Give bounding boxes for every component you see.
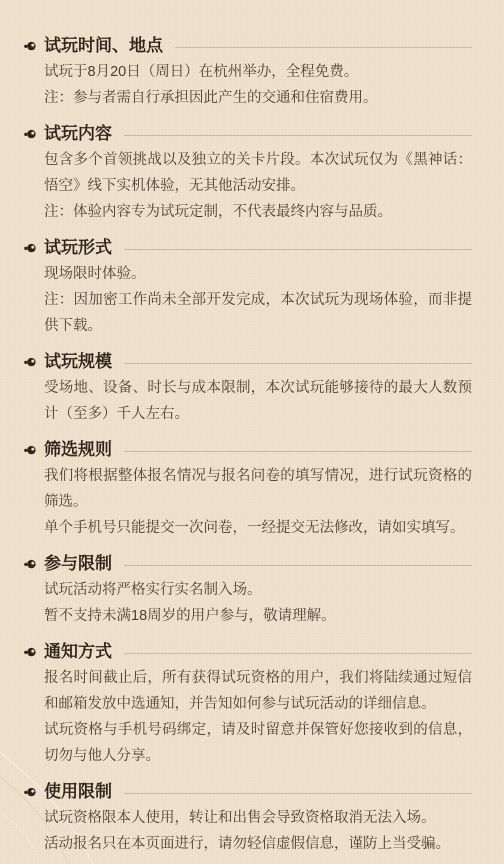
section-paragraph: 现场限时体验。 — [44, 261, 472, 287]
section-header: 筛选规则 — [24, 437, 472, 463]
section-paragraph: 试玩资格限本人使用，转让和出售会导致资格取消无法入场。 — [44, 805, 472, 831]
section-title: 试玩形式 — [44, 235, 112, 261]
section-header: 试玩规模 — [24, 349, 472, 375]
section-paragraph: 我们将根据整体报名情况与报名问卷的填写情况，进行试玩资格的筛选。 — [44, 463, 472, 515]
section-format: 试玩形式 现场限时体验。 注：因加密工作尚未全部开发完成，本次试玩为现场体验，而… — [24, 235, 472, 339]
section-paragraph: 试玩活动将严格实行实名制入场。 — [44, 577, 472, 603]
section-paragraph: 报名时间截止后，所有获得试玩资格的用户，我们将陆续通过短信和邮箱发放中选通知，并… — [44, 665, 472, 717]
section-scale: 试玩规模 受场地、设备、时长与成本限制，本次试玩能够接待的最大人数预计（至多）千… — [24, 349, 472, 427]
section-notification-method: 通知方式 报名时间截止后，所有获得试玩资格的用户，我们将陆续通过短信和邮箱发放中… — [24, 639, 472, 769]
section-note: 注：因加密工作尚未全部开发完成，本次试玩为现场体验，而非提供下载。 — [44, 287, 472, 339]
section-title: 试玩内容 — [44, 121, 112, 147]
section-divider-line — [124, 135, 472, 136]
section-paragraph: 受场地、设备、时长与成本限制，本次试玩能够接待的最大人数预计（至多）千人左右。 — [44, 375, 472, 427]
section-header: 试玩形式 — [24, 235, 472, 261]
section-divider-line — [124, 249, 472, 250]
section-usage-limit: 使用限制 试玩资格限本人使用，转让和出售会导致资格取消无法入场。 活动报名只在本… — [24, 779, 472, 857]
magatama-dot-icon — [24, 787, 36, 797]
section-screening-rules: 筛选规则 我们将根据整体报名情况与报名问卷的填写情况，进行试玩资格的筛选。 单个… — [24, 437, 472, 541]
section-title: 参与限制 — [44, 551, 112, 577]
section-paragraph: 活动报名只在本页面进行，请勿轻信虚假信息，谨防上当受骗。 — [44, 831, 472, 857]
section-title: 通知方式 — [44, 639, 112, 665]
section-divider-line — [175, 47, 472, 48]
magatama-dot-icon — [24, 41, 36, 51]
section-divider-line — [124, 451, 472, 452]
section-header: 试玩时间、地点 — [24, 33, 472, 59]
magatama-dot-icon — [24, 647, 36, 657]
section-header: 使用限制 — [24, 779, 472, 805]
section-header: 参与限制 — [24, 551, 472, 577]
section-paragraph: 试玩于8月20日（周日）在杭州举办，全程免费。 — [44, 59, 472, 85]
section-divider-line — [124, 363, 472, 364]
section-title: 试玩时间、地点 — [44, 33, 163, 59]
section-title: 使用限制 — [44, 779, 112, 805]
magatama-dot-icon — [24, 243, 36, 253]
section-title: 试玩规模 — [44, 349, 112, 375]
section-time-location: 试玩时间、地点 试玩于8月20日（周日）在杭州举办，全程免费。 注：参与者需自行… — [24, 33, 472, 111]
section-title: 筛选规则 — [44, 437, 112, 463]
section-header: 试玩内容 — [24, 121, 472, 147]
playtest-info-page: { "page": { "background_color": "#EDE1CC… — [0, 0, 504, 864]
section-divider-line — [124, 565, 472, 566]
section-content: 试玩内容 包含多个首领挑战以及独立的关卡片段。本次试玩仅为《黑神话：悟空》线下实… — [24, 121, 472, 225]
section-note: 注：参与者需自行承担因此产生的交通和住宿费用。 — [44, 85, 472, 111]
section-paragraph: 暂不支持未满18周岁的用户参与，敬请理解。 — [44, 603, 472, 629]
magatama-dot-icon — [24, 129, 36, 139]
magatama-dot-icon — [24, 445, 36, 455]
section-paragraph: 试玩资格与手机号码绑定，请及时留意并保管好您接收到的信息，切勿与他人分享。 — [44, 717, 472, 769]
magatama-dot-icon — [24, 559, 36, 569]
magatama-dot-icon — [24, 357, 36, 367]
section-paragraph: 单个手机号只能提交一次问卷，一经提交无法修改，请如实填写。 — [44, 515, 472, 541]
section-note: 注：体验内容专为试玩定制，不代表最终内容与品质。 — [44, 199, 472, 225]
playtest-info-content: 试玩时间、地点 试玩于8月20日（周日）在杭州举办，全程免费。 注：参与者需自行… — [0, 0, 504, 864]
section-divider-line — [124, 793, 472, 794]
section-participation-limit: 参与限制 试玩活动将严格实行实名制入场。 暂不支持未满18周岁的用户参与，敬请理… — [24, 551, 472, 629]
section-paragraph: 包含多个首领挑战以及独立的关卡片段。本次试玩仅为《黑神话：悟空》线下实机体验，无… — [44, 147, 472, 199]
section-header: 通知方式 — [24, 639, 472, 665]
section-divider-line — [124, 653, 472, 654]
